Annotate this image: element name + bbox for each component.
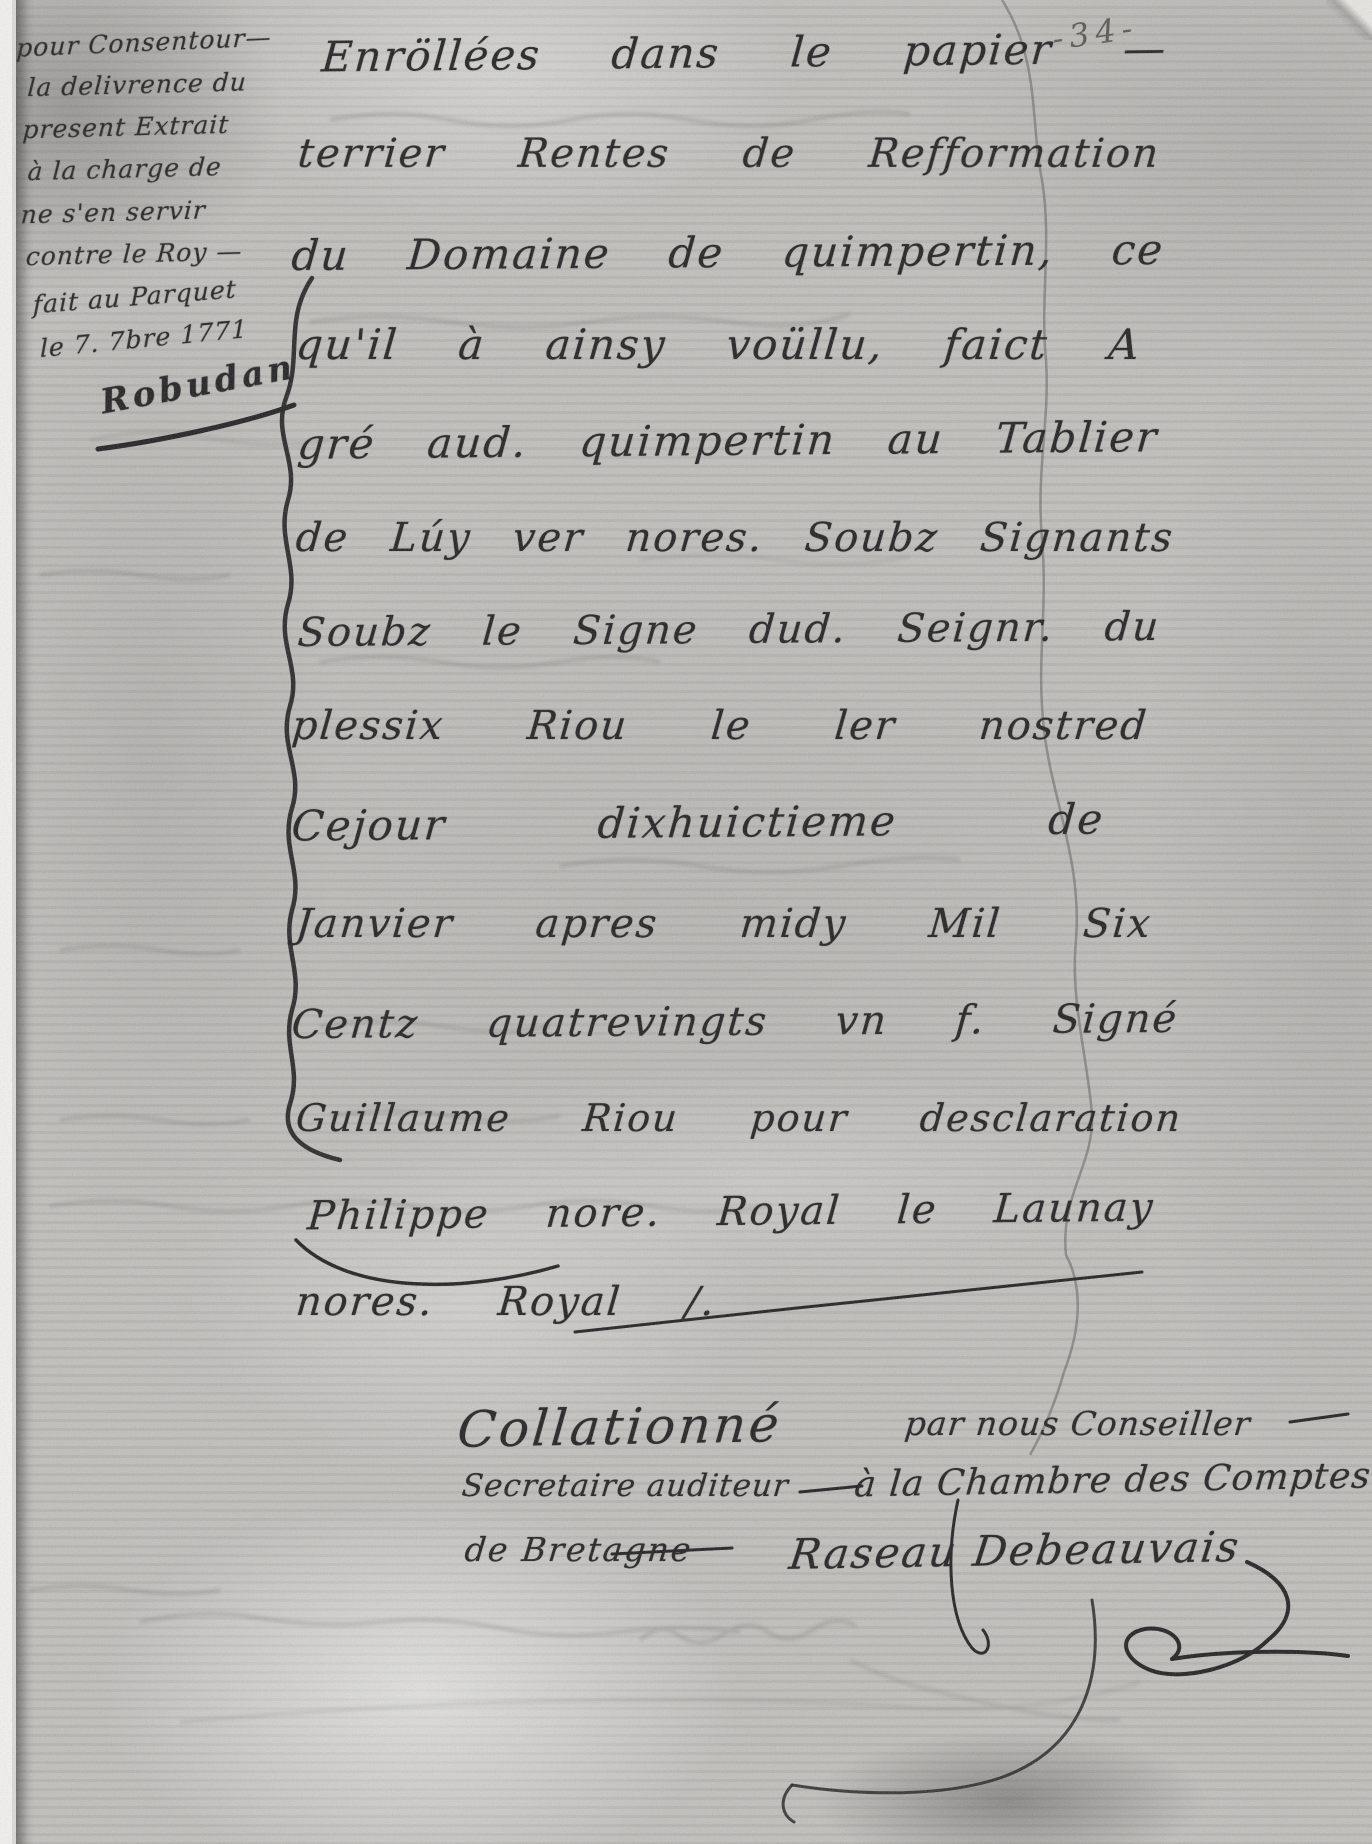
signature-flourish <box>783 1562 1348 1822</box>
body-line: terrier Rentes de Refformation <box>296 132 1162 176</box>
margin-note-line: à la charge de <box>27 152 223 186</box>
collation-signature: Raseau Debeauvais <box>786 1522 1243 1579</box>
body-line: Centz quatrevingts vn f. Signé <box>290 997 1180 1047</box>
body-line: Soubz le Signe dud. Seignr. du <box>296 605 1162 655</box>
margin-note-line: la delivrence du <box>27 67 248 102</box>
collation-chambre: à la Chambre des Comptes <box>853 1456 1372 1506</box>
body-line: Janvier apres midy Mil Six <box>294 902 1154 946</box>
margin-note-line: contre le Roy — <box>25 236 243 271</box>
margin-note-line: pour Consentour— <box>16 22 273 62</box>
collation-par-nous: par nous Conseiller <box>903 1404 1253 1443</box>
body-line: Philippe nore. Royal le Launay <box>306 1186 1156 1239</box>
margin-note-line: fait au Parquet <box>33 274 237 319</box>
body-line: plessix Riou le ler nostred <box>290 704 1150 748</box>
margin-signature: Robudan <box>97 347 299 422</box>
body-line: gré aud. quimpertin au Tablier <box>296 414 1160 468</box>
collation-word: Collationné <box>455 1395 784 1459</box>
manuscript-page: -34- pour Consentour— la delivrence du p… <box>0 0 1372 1844</box>
body-line: Enröllées dans le papier — <box>320 26 1169 81</box>
margin-note-line: le 7. 7bre 1771 <box>40 314 248 363</box>
margin-note: pour Consentour— la delivrence du presen… <box>2 14 294 501</box>
margin-note-line: ne s'en servir <box>20 195 207 229</box>
body-line: Guillaume Riou pour desclaration <box>294 1098 1184 1140</box>
margin-note-line: present Extrait <box>22 110 230 144</box>
collation-bretagne: de Bretagne <box>463 1530 695 1569</box>
corner-fold <box>1326 0 1372 40</box>
page-edge-crease <box>16 0 34 1844</box>
body-line: Cejour dixhuictieme de <box>290 796 1106 849</box>
body-line: qu'il à ainsy voüllu, faict A <box>294 322 1143 368</box>
body-line: du Domaine de quimpertin, ce <box>290 227 1166 279</box>
page-edge <box>0 0 16 1844</box>
collation-secretaire: Secretaire auditeur <box>460 1468 791 1504</box>
body-line: nores. Royal /. <box>294 1280 718 1324</box>
body-line: de Lúy ver nores. Soubz Signants <box>294 516 1176 560</box>
